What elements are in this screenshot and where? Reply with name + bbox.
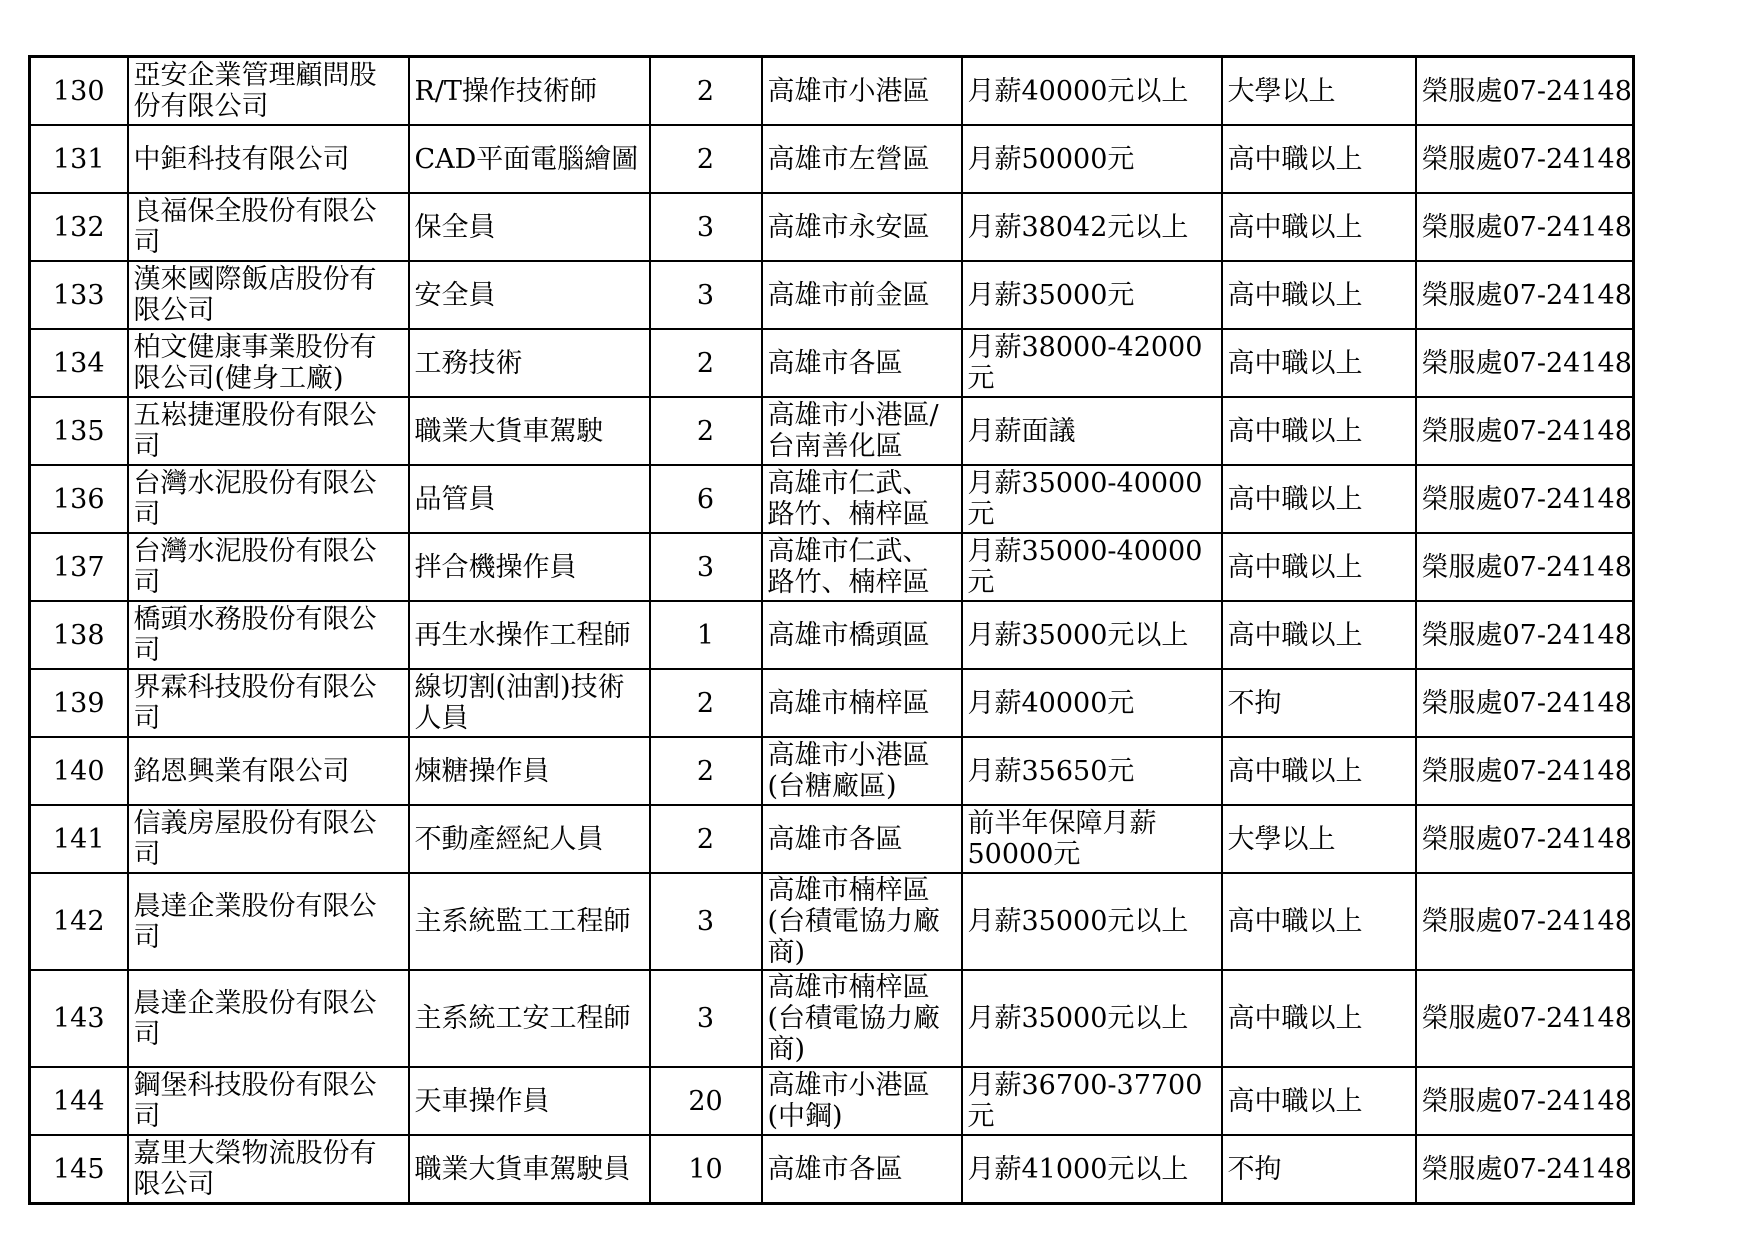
table-row: 135 五崧捷運股份有限公司 職業大貨車駕駛 2 高雄市小港區/台南善化區 月薪…: [30, 397, 1634, 465]
row-number-cell: 145: [30, 1135, 128, 1204]
job-title-cell: 天車操作員: [409, 1067, 650, 1135]
location-cell: 高雄市各區: [762, 1135, 962, 1204]
openings-cell: 3: [650, 193, 762, 261]
job-title-cell: 線切割(油割)技術人員: [409, 669, 650, 737]
table-row: 133 漢來國際飯店股份有限公司 安全員 3 高雄市前金區 月薪35000元 高…: [30, 261, 1634, 329]
contact-cell: 榮服處07-2414832: [1416, 261, 1634, 329]
contact-cell: 榮服處07-2414832: [1416, 57, 1634, 126]
salary-cell: 月薪35000-40000元: [962, 533, 1222, 601]
contact-cell: 榮服處07-2414832: [1416, 601, 1634, 669]
table-row: 145 嘉里大榮物流股份有限公司 職業大貨車駕駛員 10 高雄市各區 月薪410…: [30, 1135, 1634, 1204]
company-cell: 亞安企業管理顧問股份有限公司: [128, 57, 409, 126]
openings-cell: 3: [650, 261, 762, 329]
location-cell: 高雄市永安區: [762, 193, 962, 261]
education-cell: 高中職以上: [1222, 601, 1416, 669]
job-title-cell: 主系統工安工程師: [409, 970, 650, 1067]
table-row: 140 銘恩興業有限公司 煉糖操作員 2 高雄市小港區(台糖廠區) 月薪3565…: [30, 737, 1634, 805]
education-cell: 高中職以上: [1222, 329, 1416, 397]
company-cell: 界霖科技股份有限公司: [128, 669, 409, 737]
location-cell: 高雄市小港區(台糖廠區): [762, 737, 962, 805]
contact-cell: 榮服處07-2414832: [1416, 465, 1634, 533]
location-cell: 高雄市小港區(中鋼): [762, 1067, 962, 1135]
job-title-cell: 職業大貨車駕駛員: [409, 1135, 650, 1204]
job-title-cell: CAD平面電腦繪圖: [409, 125, 650, 193]
table-row: 142 晨達企業股份有限公司 主系統監工工程師 3 高雄市楠梓區(台積電協力廠商…: [30, 873, 1634, 970]
job-title-cell: R/T操作技術師: [409, 57, 650, 126]
job-listing-table: 130 亞安企業管理顧問股份有限公司 R/T操作技術師 2 高雄市小港區 月薪4…: [28, 55, 1635, 1205]
table-row: 139 界霖科技股份有限公司 線切割(油割)技術人員 2 高雄市楠梓區 月薪40…: [30, 669, 1634, 737]
salary-cell: 月薪35000元: [962, 261, 1222, 329]
company-cell: 晨達企業股份有限公司: [128, 970, 409, 1067]
company-cell: 柏文健康事業股份有限公司(健身工廠): [128, 329, 409, 397]
salary-cell: 月薪40000元以上: [962, 57, 1222, 126]
salary-cell: 月薪面議: [962, 397, 1222, 465]
job-title-cell: 安全員: [409, 261, 650, 329]
salary-cell: 月薪38000-42000元: [962, 329, 1222, 397]
row-number-cell: 133: [30, 261, 128, 329]
job-listing-table-body: 130 亞安企業管理顧問股份有限公司 R/T操作技術師 2 高雄市小港區 月薪4…: [30, 57, 1634, 1204]
job-title-cell: 主系統監工工程師: [409, 873, 650, 970]
salary-cell: 月薪35000元以上: [962, 601, 1222, 669]
row-number-cell: 138: [30, 601, 128, 669]
contact-cell: 榮服處07-2414832: [1416, 329, 1634, 397]
location-cell: 高雄市橋頭區: [762, 601, 962, 669]
education-cell: 大學以上: [1222, 805, 1416, 873]
job-title-cell: 拌合機操作員: [409, 533, 650, 601]
salary-cell: 月薪50000元: [962, 125, 1222, 193]
location-cell: 高雄市各區: [762, 805, 962, 873]
company-cell: 信義房屋股份有限公司: [128, 805, 409, 873]
company-cell: 橋頭水務股份有限公司: [128, 601, 409, 669]
salary-cell: 月薪35000元以上: [962, 873, 1222, 970]
location-cell: 高雄市前金區: [762, 261, 962, 329]
openings-cell: 2: [650, 57, 762, 126]
salary-cell: 月薪35650元: [962, 737, 1222, 805]
openings-cell: 2: [650, 737, 762, 805]
company-cell: 良福保全股份有限公司: [128, 193, 409, 261]
table-row: 144 鋼堡科技股份有限公司 天車操作員 20 高雄市小港區(中鋼) 月薪367…: [30, 1067, 1634, 1135]
row-number-cell: 130: [30, 57, 128, 126]
openings-cell: 3: [650, 533, 762, 601]
job-title-cell: 不動產經紀人員: [409, 805, 650, 873]
contact-cell: 榮服處07-2414832: [1416, 873, 1634, 970]
table-row: 141 信義房屋股份有限公司 不動產經紀人員 2 高雄市各區 前半年保障月薪50…: [30, 805, 1634, 873]
job-title-cell: 職業大貨車駕駛: [409, 397, 650, 465]
company-cell: 五崧捷運股份有限公司: [128, 397, 409, 465]
row-number-cell: 136: [30, 465, 128, 533]
education-cell: 高中職以上: [1222, 873, 1416, 970]
company-cell: 銘恩興業有限公司: [128, 737, 409, 805]
company-cell: 台灣水泥股份有限公司: [128, 465, 409, 533]
education-cell: 高中職以上: [1222, 533, 1416, 601]
openings-cell: 2: [650, 805, 762, 873]
row-number-cell: 135: [30, 397, 128, 465]
table-row: 143 晨達企業股份有限公司 主系統工安工程師 3 高雄市楠梓區(台積電協力廠商…: [30, 970, 1634, 1067]
education-cell: 高中職以上: [1222, 970, 1416, 1067]
contact-cell: 榮服處07-2414832: [1416, 970, 1634, 1067]
contact-cell: 榮服處07-2414832: [1416, 737, 1634, 805]
job-title-cell: 工務技術: [409, 329, 650, 397]
education-cell: 高中職以上: [1222, 465, 1416, 533]
education-cell: 高中職以上: [1222, 737, 1416, 805]
education-cell: 不拘: [1222, 1135, 1416, 1204]
contact-cell: 榮服處07-2414832: [1416, 533, 1634, 601]
contact-cell: 榮服處07-2414832: [1416, 1135, 1634, 1204]
salary-cell: 月薪35000-40000元: [962, 465, 1222, 533]
contact-cell: 榮服處07-2414832: [1416, 397, 1634, 465]
contact-cell: 榮服處07-2414832: [1416, 1067, 1634, 1135]
row-number-cell: 139: [30, 669, 128, 737]
location-cell: 高雄市左營區: [762, 125, 962, 193]
company-cell: 漢來國際飯店股份有限公司: [128, 261, 409, 329]
openings-cell: 2: [650, 125, 762, 193]
location-cell: 高雄市小港區: [762, 57, 962, 126]
location-cell: 高雄市各區: [762, 329, 962, 397]
document-page: 130 亞安企業管理顧問股份有限公司 R/T操作技術師 2 高雄市小港區 月薪4…: [0, 0, 1754, 1241]
company-cell: 鋼堡科技股份有限公司: [128, 1067, 409, 1135]
education-cell: 高中職以上: [1222, 261, 1416, 329]
company-cell: 晨達企業股份有限公司: [128, 873, 409, 970]
salary-cell: 月薪36700-37700元: [962, 1067, 1222, 1135]
company-cell: 嘉里大榮物流股份有限公司: [128, 1135, 409, 1204]
contact-cell: 榮服處07-2414832: [1416, 125, 1634, 193]
contact-cell: 榮服處07-2414832: [1416, 193, 1634, 261]
location-cell: 高雄市小港區/台南善化區: [762, 397, 962, 465]
job-title-cell: 煉糖操作員: [409, 737, 650, 805]
row-number-cell: 140: [30, 737, 128, 805]
row-number-cell: 141: [30, 805, 128, 873]
contact-cell: 榮服處07-2414832: [1416, 805, 1634, 873]
location-cell: 高雄市楠梓區(台積電協力廠商): [762, 873, 962, 970]
table-row: 137 台灣水泥股份有限公司 拌合機操作員 3 高雄市仁武、路竹、楠梓區 月薪3…: [30, 533, 1634, 601]
salary-cell: 前半年保障月薪50000元: [962, 805, 1222, 873]
table-row: 134 柏文健康事業股份有限公司(健身工廠) 工務技術 2 高雄市各區 月薪38…: [30, 329, 1634, 397]
openings-cell: 20: [650, 1067, 762, 1135]
openings-cell: 3: [650, 970, 762, 1067]
company-cell: 台灣水泥股份有限公司: [128, 533, 409, 601]
row-number-cell: 134: [30, 329, 128, 397]
education-cell: 不拘: [1222, 669, 1416, 737]
row-number-cell: 132: [30, 193, 128, 261]
location-cell: 高雄市仁武、路竹、楠梓區: [762, 533, 962, 601]
openings-cell: 1: [650, 601, 762, 669]
table-row: 131 中鉅科技有限公司 CAD平面電腦繪圖 2 高雄市左營區 月薪50000元…: [30, 125, 1634, 193]
openings-cell: 2: [650, 397, 762, 465]
table-row: 138 橋頭水務股份有限公司 再生水操作工程師 1 高雄市橋頭區 月薪35000…: [30, 601, 1634, 669]
openings-cell: 6: [650, 465, 762, 533]
job-title-cell: 品管員: [409, 465, 650, 533]
education-cell: 高中職以上: [1222, 397, 1416, 465]
job-title-cell: 再生水操作工程師: [409, 601, 650, 669]
location-cell: 高雄市楠梓區(台積電協力廠商): [762, 970, 962, 1067]
openings-cell: 2: [650, 669, 762, 737]
openings-cell: 10: [650, 1135, 762, 1204]
salary-cell: 月薪41000元以上: [962, 1135, 1222, 1204]
openings-cell: 3: [650, 873, 762, 970]
education-cell: 高中職以上: [1222, 193, 1416, 261]
company-cell: 中鉅科技有限公司: [128, 125, 409, 193]
table-row: 130 亞安企業管理顧問股份有限公司 R/T操作技術師 2 高雄市小港區 月薪4…: [30, 57, 1634, 126]
openings-cell: 2: [650, 329, 762, 397]
table-row: 132 良福保全股份有限公司 保全員 3 高雄市永安區 月薪38042元以上 高…: [30, 193, 1634, 261]
salary-cell: 月薪38042元以上: [962, 193, 1222, 261]
row-number-cell: 143: [30, 970, 128, 1067]
row-number-cell: 142: [30, 873, 128, 970]
contact-cell: 榮服處07-2414832: [1416, 669, 1634, 737]
row-number-cell: 137: [30, 533, 128, 601]
location-cell: 高雄市仁武、路竹、楠梓區: [762, 465, 962, 533]
location-cell: 高雄市楠梓區: [762, 669, 962, 737]
salary-cell: 月薪35000元以上: [962, 970, 1222, 1067]
education-cell: 高中職以上: [1222, 1067, 1416, 1135]
education-cell: 大學以上: [1222, 57, 1416, 126]
education-cell: 高中職以上: [1222, 125, 1416, 193]
job-title-cell: 保全員: [409, 193, 650, 261]
salary-cell: 月薪40000元: [962, 669, 1222, 737]
row-number-cell: 131: [30, 125, 128, 193]
table-row: 136 台灣水泥股份有限公司 品管員 6 高雄市仁武、路竹、楠梓區 月薪3500…: [30, 465, 1634, 533]
row-number-cell: 144: [30, 1067, 128, 1135]
